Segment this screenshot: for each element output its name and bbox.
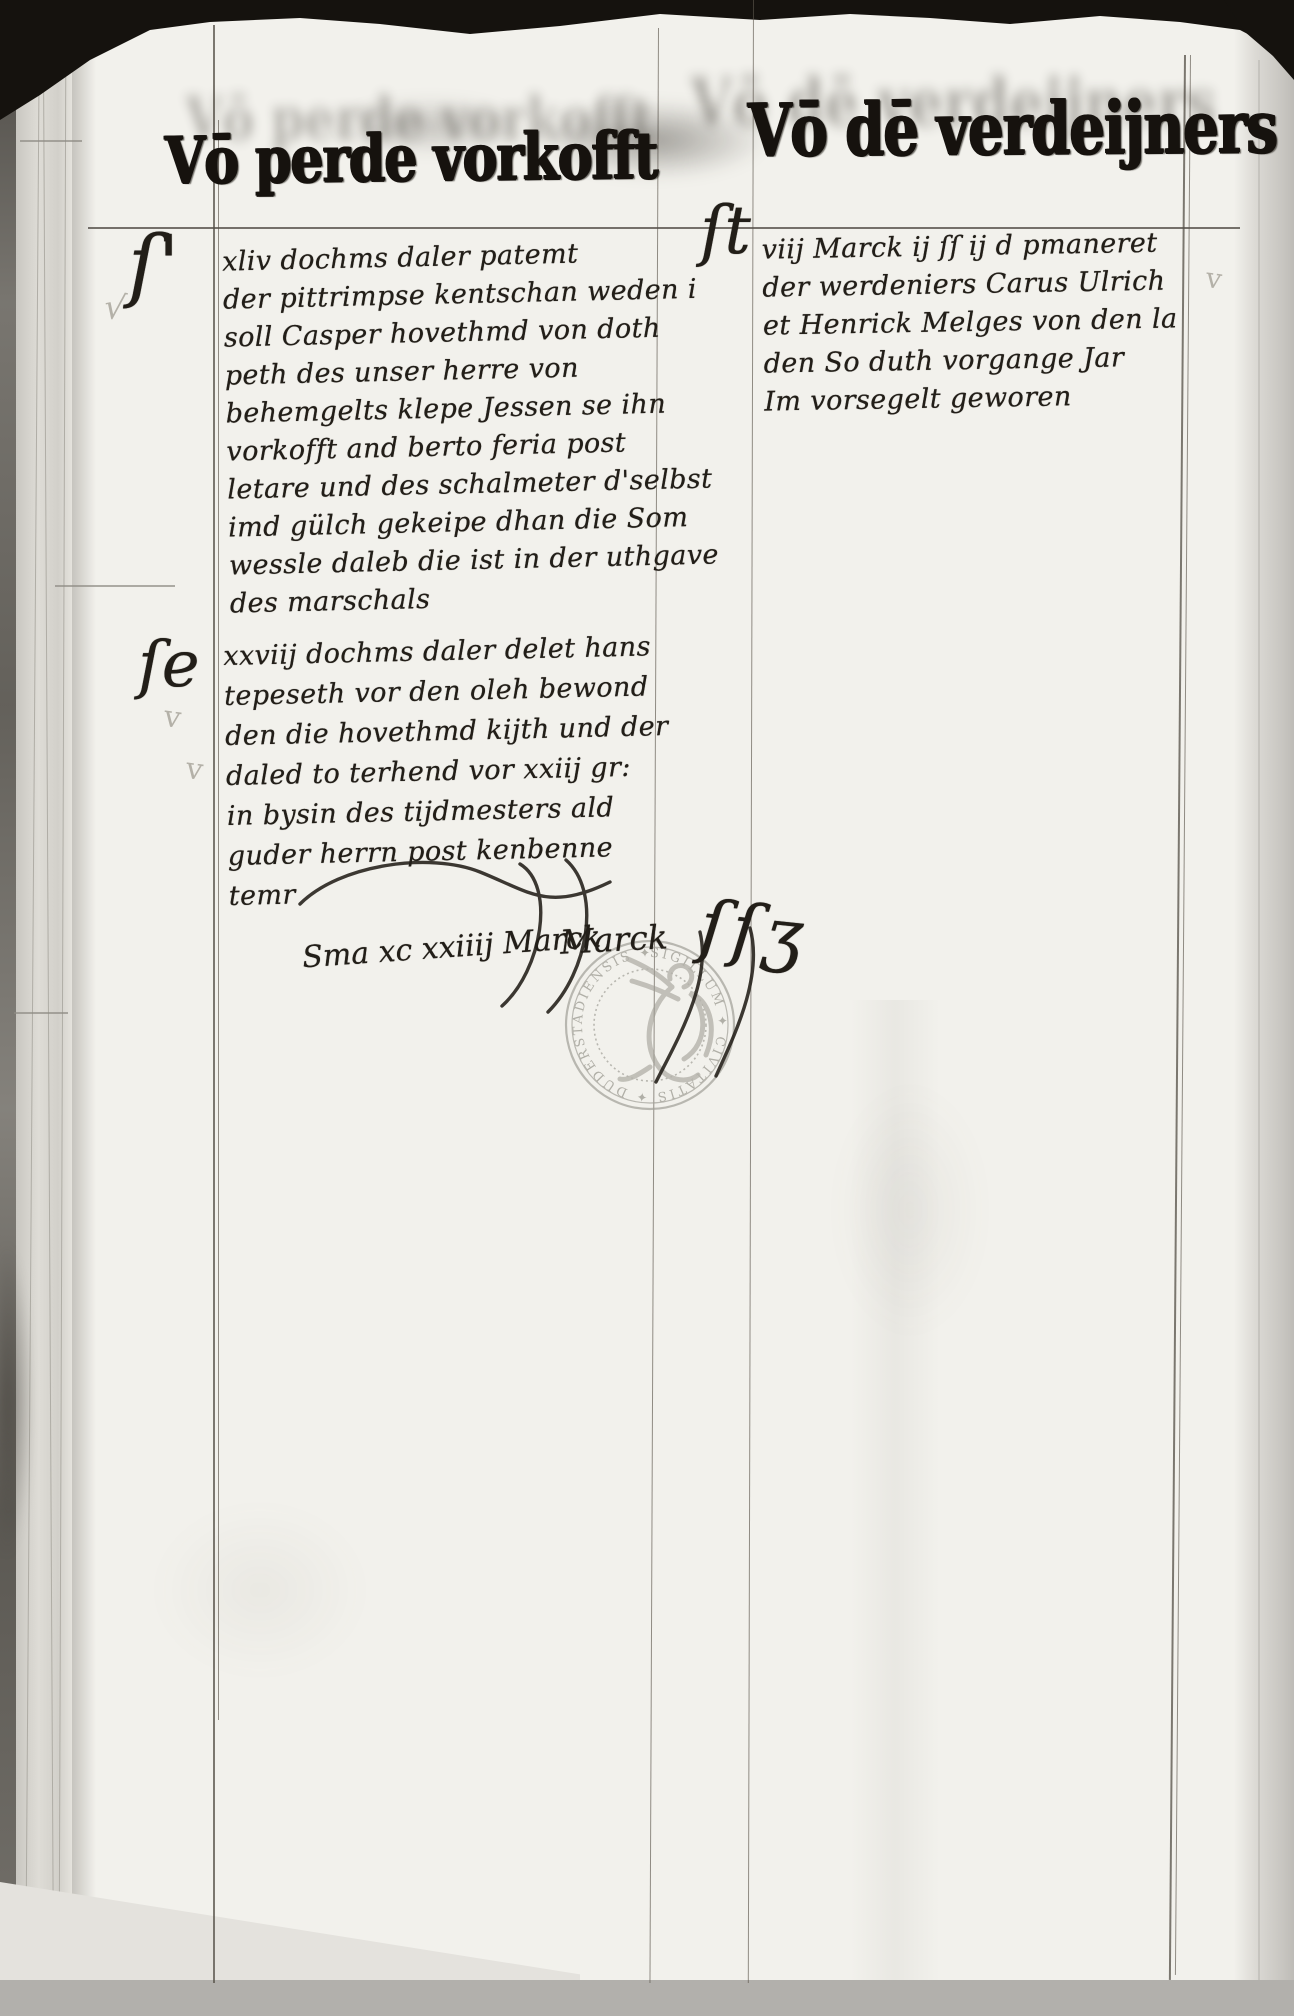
entry-block-left-1: xliv dochms daler patemt der pittrimpse …: [222, 232, 720, 623]
check-mark: v: [162, 699, 184, 736]
manuscript-page-scan: Vō perde vorkofft Vō dē verdeijners Vō p…: [0, 0, 1294, 2016]
margin-mark-entry1: ſ': [128, 218, 180, 311]
check-mark: v: [184, 751, 206, 788]
column-header-left: Vō perde vorkofft: [165, 118, 658, 200]
tear-mark: [20, 140, 82, 142]
column-header-right: Vō dē verdeijners: [748, 84, 1277, 173]
binding-dark-edge: [0, 0, 16, 2016]
margin-mark-right-entry: ſt: [700, 192, 751, 269]
page-edge-line: [1258, 60, 1260, 1980]
edge-stain: [0, 1240, 34, 1560]
column-rule-left: [213, 25, 215, 1983]
margin-mark-entry2: ſe: [138, 628, 200, 702]
check-mark: v: [1204, 261, 1224, 296]
check-mark: √: [101, 287, 128, 330]
scan-bottom-band: [0, 1980, 1294, 2016]
entry-block-right-1: viij Marck ij ſſ ij d pmaneret der werde…: [761, 224, 1179, 421]
column-rule-left-double: [218, 120, 219, 1720]
page-curve-right: [1234, 0, 1294, 2016]
pen-flourish: [280, 820, 920, 1120]
entry-line: den So duth vorgange Jar: [763, 338, 1178, 383]
tear-mark: [14, 1012, 68, 1014]
entry-line: Im vorsegelt geworen: [764, 376, 1179, 421]
tear-mark: [55, 585, 175, 587]
paper-stain: [150, 1500, 370, 1680]
paper-stain: [830, 1080, 990, 1340]
page-curve-left: [72, 0, 96, 2016]
